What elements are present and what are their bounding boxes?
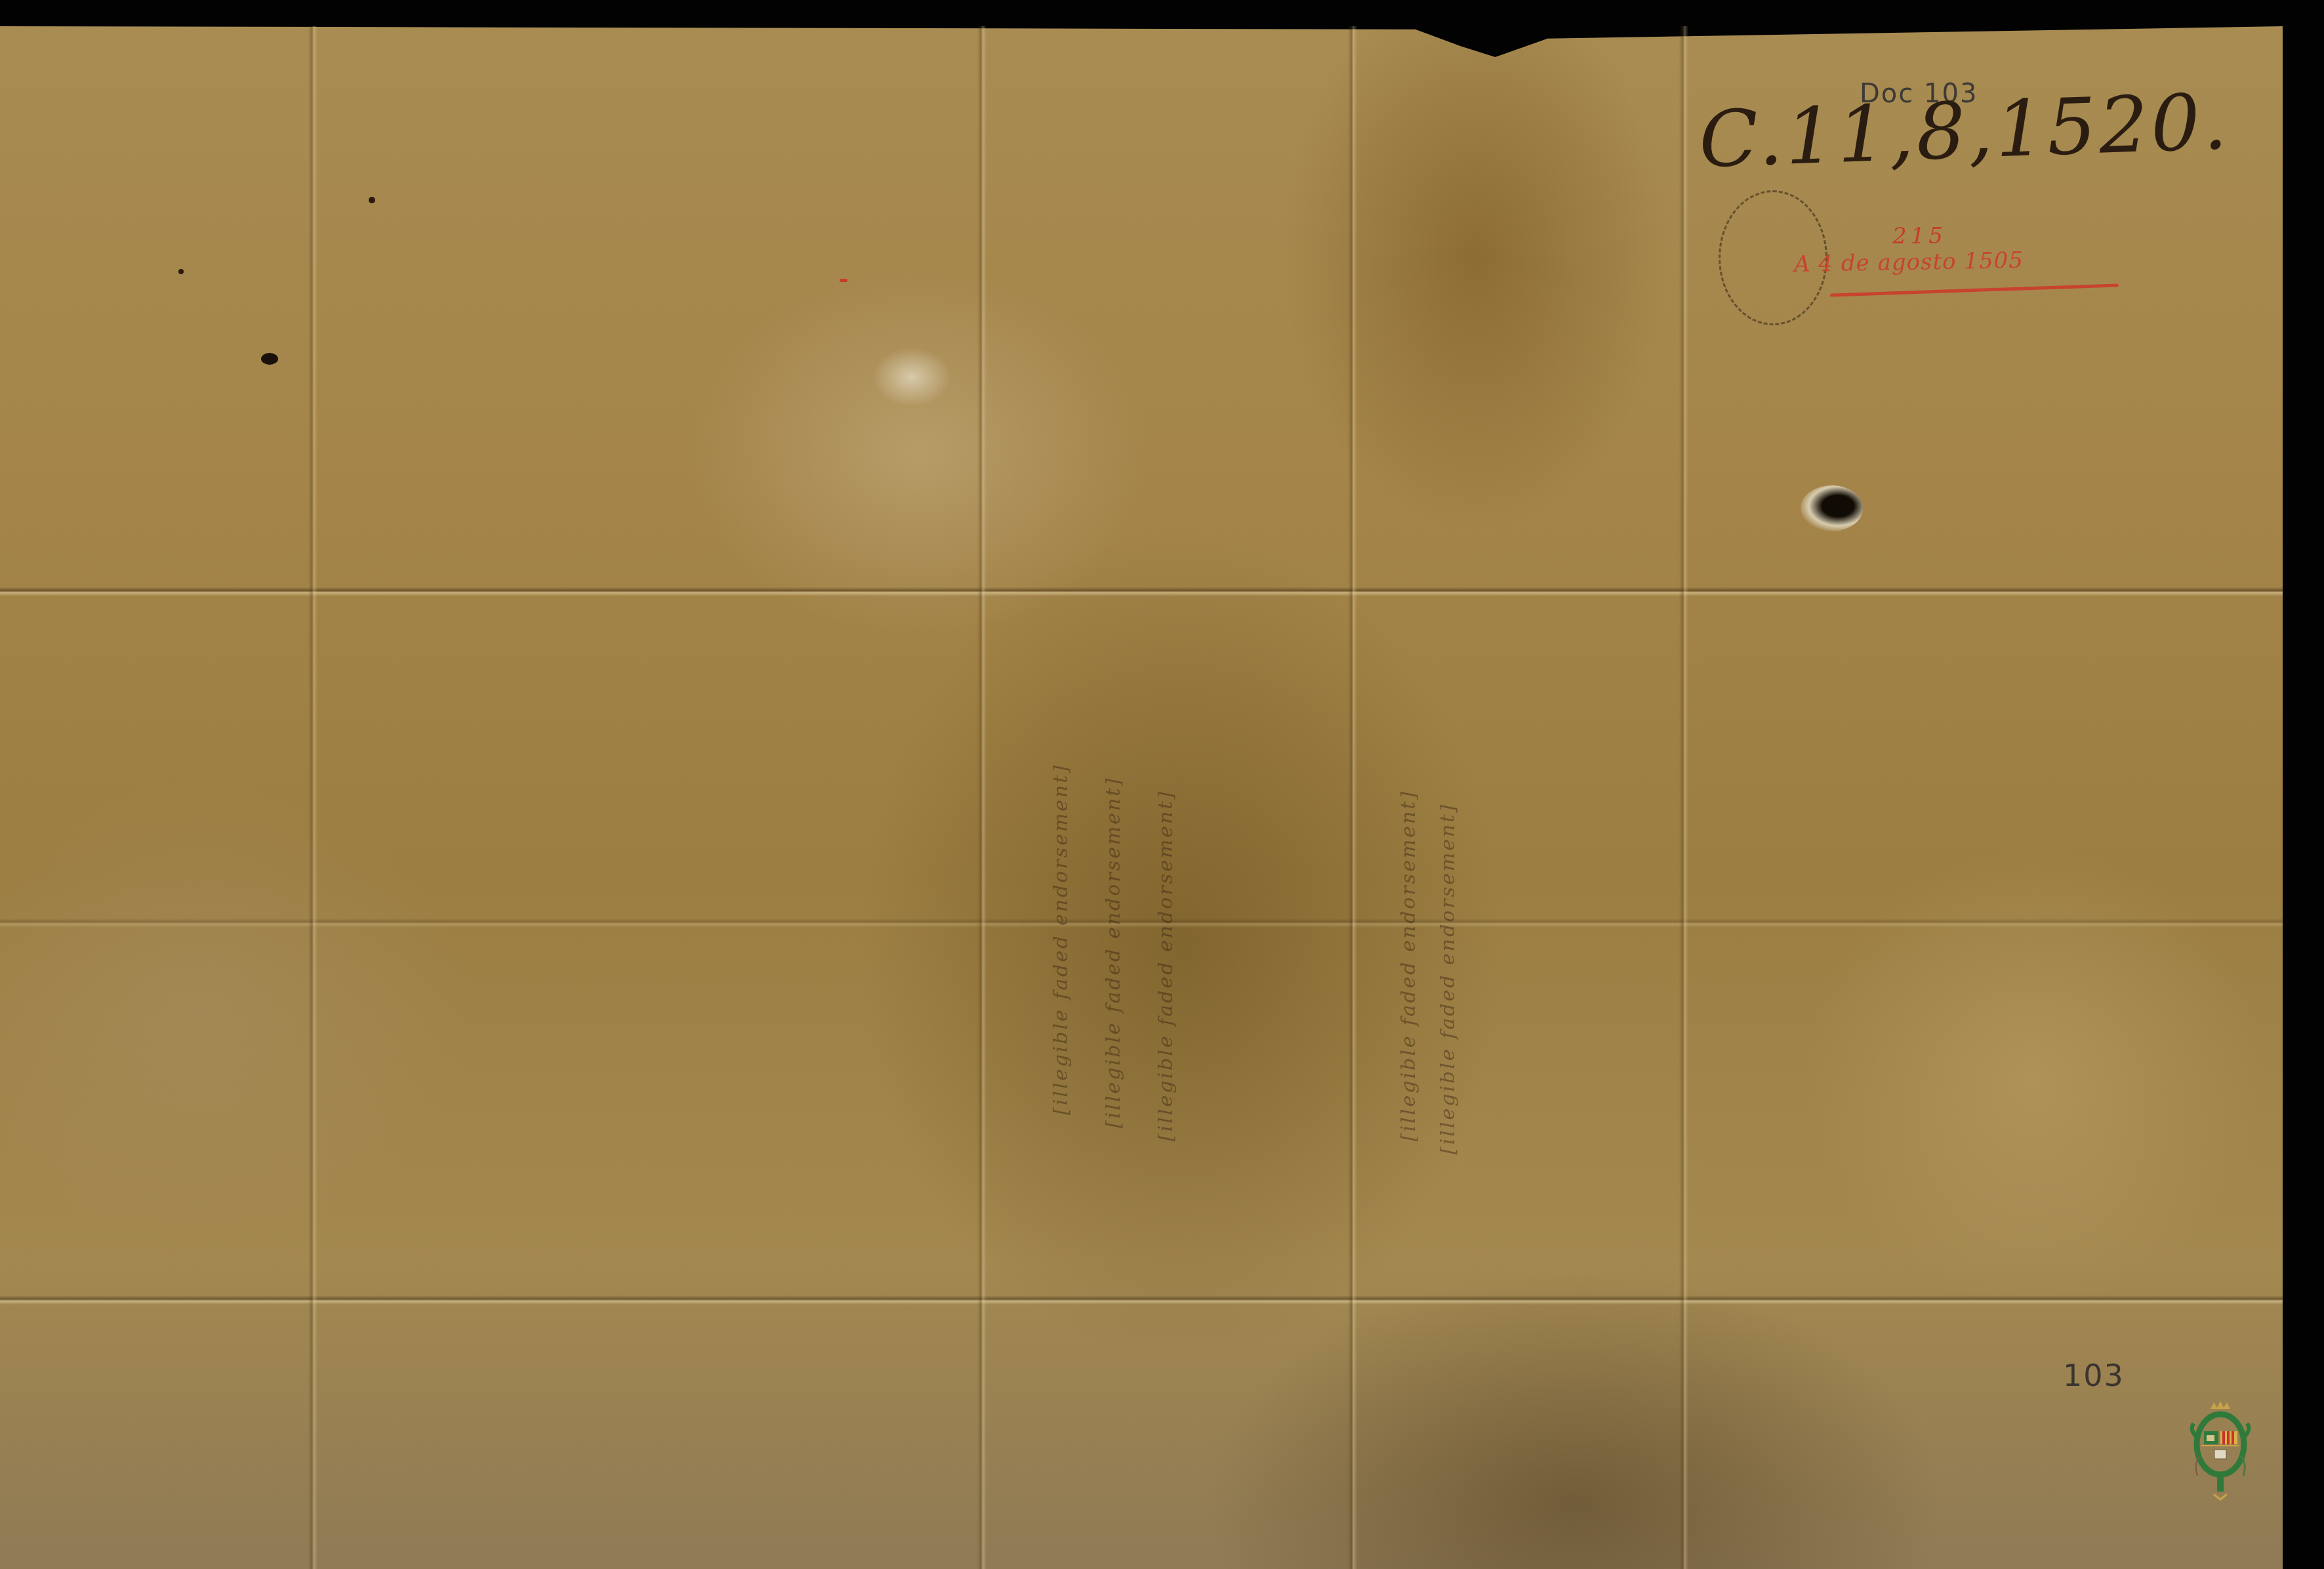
red-mark [840,279,847,282]
wormhole [261,353,278,365]
ink-dot [178,269,184,274]
endorsement-column: [illegible faded endorsement] [1102,695,1125,1128]
endorsement-column: [illegible faded endorsement] [1154,682,1177,1141]
horizontal-fold-crease [0,918,2283,927]
archive-coat-of-arms-stamp-icon [2184,1397,2256,1502]
endorsement-column: [illegible faded endorsement] [1050,708,1072,1115]
vertical-fold-crease [1348,26,1357,1569]
endorsement-column: [illegible faded endorsement] [1397,643,1420,1141]
ink-dot [369,197,375,203]
shelfmark-ink: C.11,8,1520. [1698,76,2232,185]
abrasion-spot [872,348,951,407]
parchment-hole [1801,485,1863,531]
vertical-fold-crease [1679,26,1688,1569]
endorsement-column: [illegible faded endorsement] [1437,695,1459,1154]
horizontal-fold-crease [0,587,2283,596]
vertical-fold-crease [977,26,987,1569]
pencil-folio-number: 103 [2063,1358,2125,1393]
horizontal-fold-crease [0,1295,2283,1305]
red-catalog-number: 215 [1892,223,1947,249]
red-date-annotation: A 4 de agosto 1505 [1794,247,2024,277]
vertical-fold-crease [308,26,317,1569]
parchment-edge-shadow [2281,26,2298,1569]
